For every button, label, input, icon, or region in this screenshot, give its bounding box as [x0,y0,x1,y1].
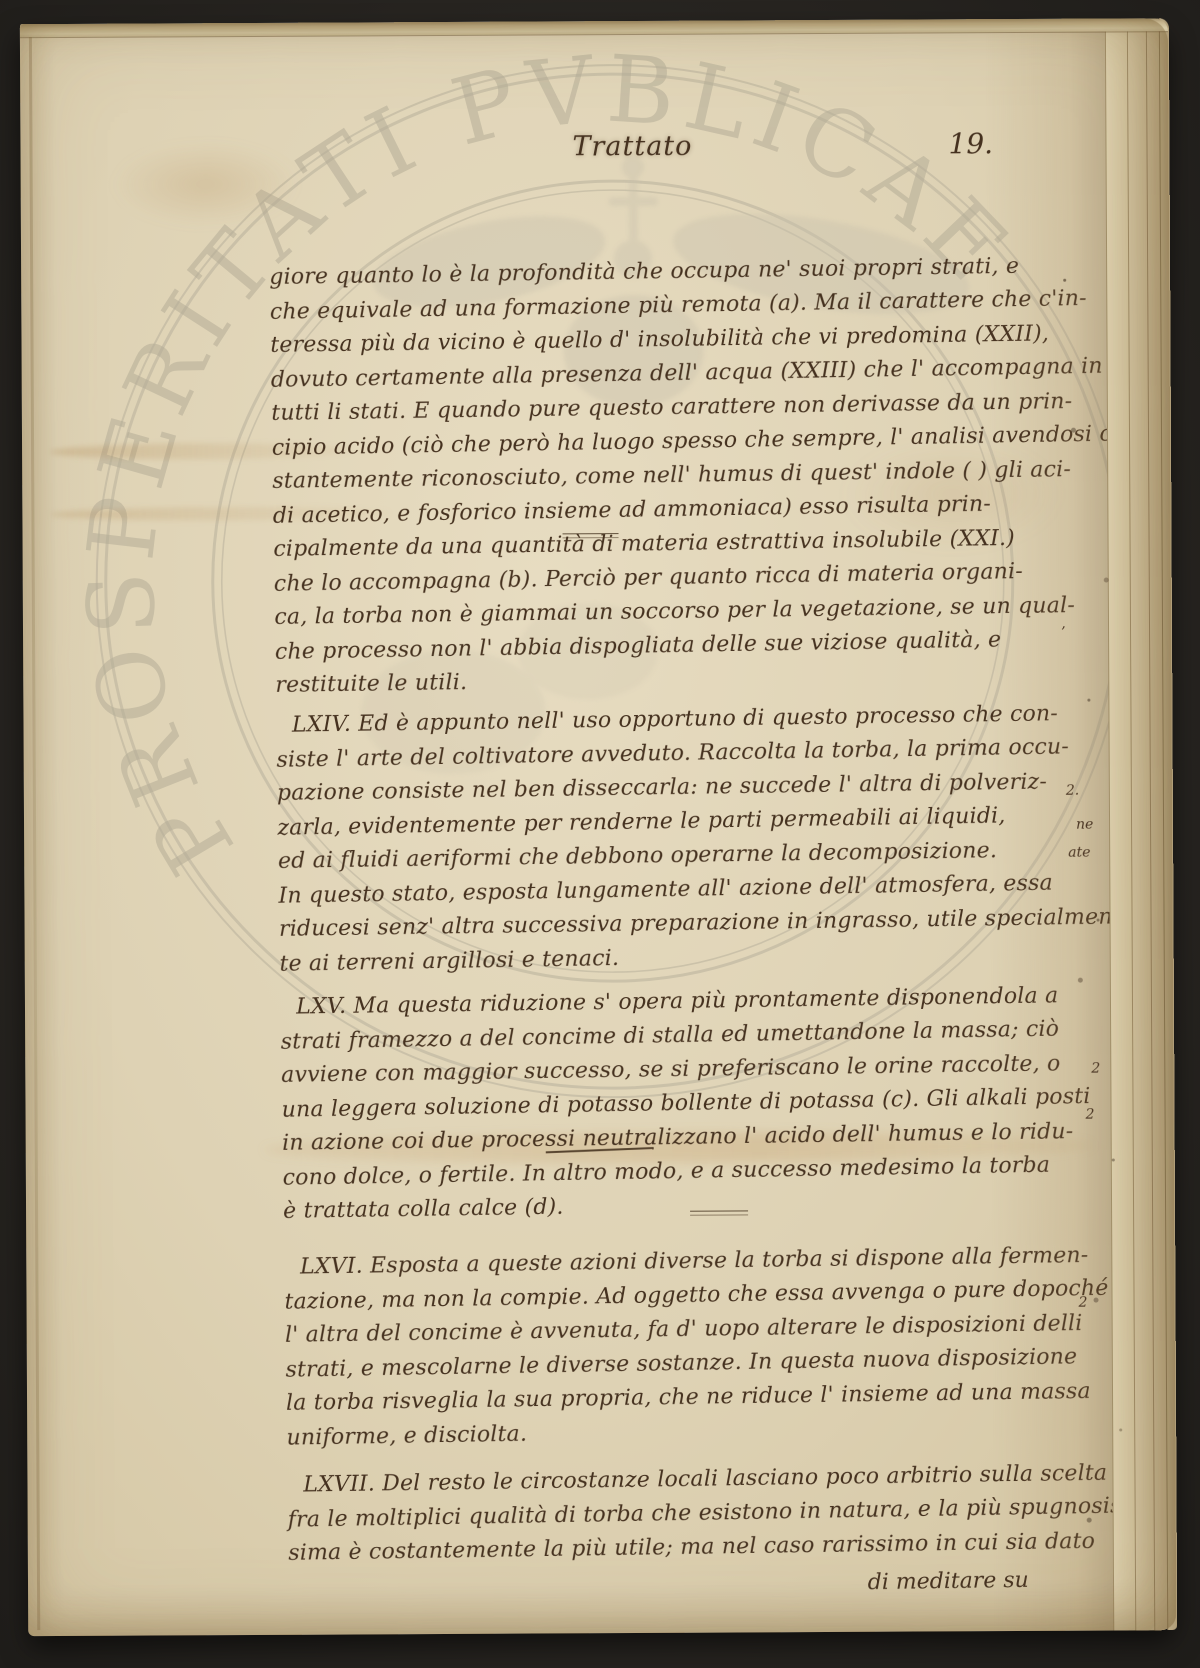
page-title: Trattato [572,131,692,163]
page-fold-line [29,34,40,1630]
paragraph-continuation: giore quanto lo è la profondità che occu… [269,249,1091,703]
margin-note: 2 [1079,1295,1088,1311]
margin-note: 2. [1066,783,1079,799]
page-number: 19. [948,127,993,160]
paragraph-lxiv: LXIV. Ed è appunto nell' uso opportuno d… [276,697,1096,981]
paragraph-lxv: LXV. Ma questa riduzione s' opera più pr… [280,979,1099,1229]
manuscript-page: PROSPERITATI PVBLICAE Trattato 19. [20,18,1176,1636]
manuscript-text: giore quanto lo è la profondità che occu… [269,249,1105,1609]
page-top-edge [20,18,1168,37]
photograph-background: PROSPERITATI PVBLICAE Trattato 19. [0,0,1200,1668]
margin-note: ’ [1061,625,1066,641]
paragraph-lxvi: LXVI. Esposta a queste azioni diverse la… [284,1239,1103,1455]
margin-note: 2 [1091,1061,1100,1077]
margin-note: ate [1068,845,1090,861]
paper-stain [110,141,300,228]
ink-specks [1063,279,1066,282]
paragraph-lxvii: LXVII. Del resto le circostanze locali l… [287,1457,1104,1571]
catchword: di meditare su [289,1563,1105,1609]
margin-note: 2 [1086,1107,1095,1123]
margin-note: ne [1076,817,1093,833]
